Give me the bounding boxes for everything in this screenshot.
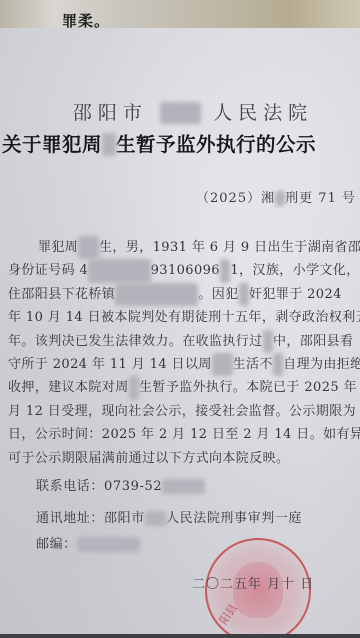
body-line: 身份证号码 4██████93106096█1，汉族，小学文化，农民，	[8, 259, 358, 282]
contact-address: 通讯地址：邵阳市██人民法院刑事审判一庭	[36, 507, 302, 526]
case-number: （2025）湘██刑更 71 号	[196, 187, 356, 206]
body-line: 住邵阳县下花桥镇████████。因犯█奸犯罪于 2024	[8, 283, 358, 306]
redacted-text: ██	[78, 236, 99, 259]
body-line: 年。该判决已发生法律效力。在收监执行过█中，邵阳县看	[8, 330, 358, 353]
redacted-text: ██	[275, 191, 285, 206]
contact-postcode: 邮编：██████	[36, 533, 140, 552]
redacted-text: █	[273, 353, 283, 376]
redacted-text: █	[263, 330, 273, 353]
redacted-text: ██	[145, 511, 166, 526]
document-title: 关于罪犯周██生暂予监外执行的公示	[0, 129, 360, 157]
body-line: 月 12 日受理，现向社会公示，接受社会监督。公示期限为 3	[8, 400, 358, 423]
contact-phone: 联系电话：0739-52████	[36, 475, 205, 494]
notice-body: 罪犯周██生，男，1931 年 6 月 9 日出生于湖南省邵阳县， 身份证号码 …	[8, 236, 358, 470]
redacted-text: ████████	[115, 283, 198, 306]
redacted-text: ██	[160, 102, 201, 124]
body-line: 罪犯周██生，男，1931 年 6 月 9 日出生于湖南省邵阳县，	[8, 236, 358, 259]
redacted-text: █	[220, 259, 230, 282]
redacted-text: ██	[212, 353, 233, 376]
redacted-text: █	[239, 283, 249, 306]
bottom-edge	[0, 634, 360, 638]
previous-page-text: 罪柔。	[62, 10, 110, 31]
body-line: 收押，建议本院对周█生暂予监外执行。本院已于 2025 年 2	[8, 376, 358, 399]
body-line: 年 10 月 14 日被本院判处有期徒刑十五年，剥夺政治权利五	[8, 306, 358, 329]
redacted-text: ██████	[88, 259, 150, 282]
redacted-text: █	[129, 376, 139, 399]
body-line: 日，公示时间：2025 年 2 月 12 日至 2 月 14 日。如有异议，	[8, 423, 358, 446]
body-line: 守所于 2024 年 11 月 14 日以周██生活不█自理为由拒绝	[8, 353, 358, 376]
redacted-text: ████	[162, 479, 204, 494]
body-line: 可于公示期限届满前通过以下方式向本院反映。	[8, 447, 358, 470]
redacted-text: ██████	[77, 537, 141, 552]
court-name: 邵阳市 ██ 人民法院	[0, 98, 360, 125]
redacted-text: ██	[102, 133, 116, 156]
issue-date: 二〇二五年 月十 日	[192, 573, 314, 592]
